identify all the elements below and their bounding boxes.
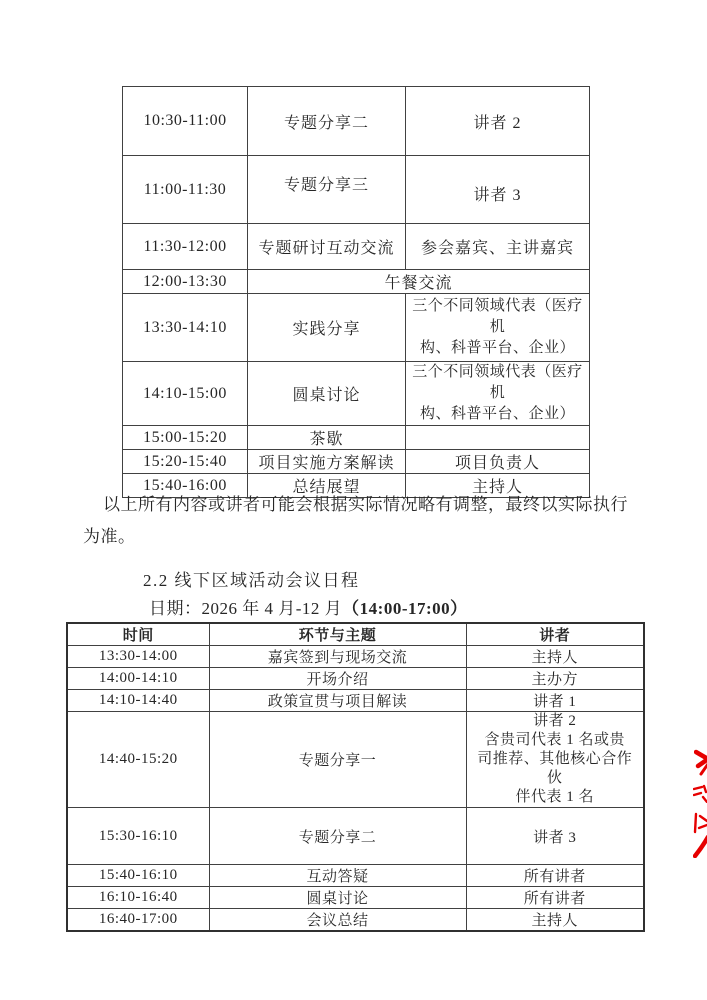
table-row: 16:40-17:00 会议总结 主持人 — [67, 909, 644, 932]
adjustment-note: 以上所有内容或讲者可能会根据实际情况略有调整，最终以实际执行 为准。 — [83, 489, 628, 553]
header-topic: 环节与主题 — [209, 623, 466, 646]
cell-speaker: 讲者 2 含贵司代表 1 名或贵 司推荐、其他核心合作伙 伴代表 1 名 — [466, 712, 644, 808]
header-time: 时间 — [67, 623, 209, 646]
cell-time: 16:10-16:40 — [67, 887, 209, 909]
table-row: 11:30-12:00 专题研讨互动交流 参会嘉宾、主讲嘉宾 — [123, 224, 590, 270]
cell-topic: 实践分享 — [248, 294, 406, 362]
cell-time: 15:20-15:40 — [123, 450, 248, 474]
cell-speaker: 三个不同领域代表（医疗机 构、科普平台、企业） — [406, 294, 590, 362]
red-annotation-mark-icon — [694, 747, 707, 776]
cell-line: 伴代表 1 名 — [471, 788, 640, 807]
cell-topic: 政策宣贯与项目解读 — [209, 690, 466, 712]
cell-time: 14:10-15:00 — [123, 362, 248, 426]
cell-time: 12:00-13:30 — [123, 270, 248, 294]
table-header-row: 时间 环节与主题 讲者 — [67, 623, 644, 646]
cell-speaker: 主办方 — [466, 668, 644, 690]
cell-time: 16:40-17:00 — [67, 909, 209, 932]
cell-time: 15:30-16:10 — [67, 808, 209, 865]
table-row: 13:30-14:10 实践分享 三个不同领域代表（医疗机 构、科普平台、企业） — [123, 294, 590, 362]
cell-speaker: 讲者 3 — [466, 808, 644, 865]
cell-speaker: 所有讲者 — [466, 865, 644, 887]
cell-speaker: 讲者 2 — [406, 87, 590, 156]
table-row: 15:40-16:10 互动答疑 所有讲者 — [67, 865, 644, 887]
cell-time: 11:30-12:00 — [123, 224, 248, 270]
cell-topic: 圆桌讨论 — [209, 887, 466, 909]
cell-time: 13:30-14:10 — [123, 294, 248, 362]
cell-topic: 专题研讨互动交流 — [248, 224, 406, 270]
date-time-range: （14:00-17:00） — [342, 599, 467, 618]
table-row: 16:10-16:40 圆桌讨论 所有讲者 — [67, 887, 644, 909]
header-speaker: 讲者 — [466, 623, 644, 646]
cell-topic: 专题分享一 — [209, 712, 466, 808]
cell-speaker: 主持人 — [466, 646, 644, 668]
cell-topic: 开场介绍 — [209, 668, 466, 690]
cell-speaker: 所有讲者 — [466, 887, 644, 909]
cell-topic: 会议总结 — [209, 909, 466, 932]
cell-topic: 项目实施方案解读 — [248, 450, 406, 474]
table-row: 14:10-14:40 政策宣贯与项目解读 讲者 1 — [67, 690, 644, 712]
cell-topic: 茶歇 — [248, 426, 406, 450]
cell-topic: 互动答疑 — [209, 865, 466, 887]
regional-agenda-table: 时间 环节与主题 讲者 13:30-14:00 嘉宾签到与现场交流 主持人 14… — [66, 622, 645, 932]
cell-topic: 嘉宾签到与现场交流 — [209, 646, 466, 668]
red-annotation-mark-icon — [693, 784, 707, 803]
cell-time: 15:40-16:10 — [67, 865, 209, 887]
date-line: 日期：2026 年 4 月-12 月（14:00-17:00） — [149, 594, 468, 619]
cell-topic: 专题分享二 — [209, 808, 466, 865]
cell-line: 三个不同领域代表（医疗机 — [410, 296, 585, 338]
cell-line: 讲者 2 — [471, 712, 640, 731]
table-row: 11:00-11:30 专题分享三 讲者 3 — [123, 156, 590, 224]
cell-time: 13:30-14:00 — [67, 646, 209, 668]
table-row: 14:10-15:00 圆桌讨论 三个不同领域代表（医疗机 构、科普平台、企业） — [123, 362, 590, 426]
cell-topic: 专题分享二 — [248, 87, 406, 156]
document-page: 10:30-11:00 专题分享二 讲者 2 11:00-11:30 专题分享三… — [0, 0, 707, 1000]
cell-topic: 圆桌讨论 — [248, 362, 406, 426]
cell-line: 三个不同领域代表（医疗机 — [410, 362, 585, 404]
cell-speaker: 参会嘉宾、主讲嘉宾 — [406, 224, 590, 270]
cell-time: 10:30-11:00 — [123, 87, 248, 156]
cell-time: 14:40-15:20 — [67, 712, 209, 808]
cell-line: 构、科普平台、企业） — [410, 338, 585, 359]
table-row: 15:30-16:10 专题分享二 讲者 3 — [67, 808, 644, 865]
cell-speaker: 讲者 1 — [466, 690, 644, 712]
red-annotation-mark-icon — [693, 835, 707, 858]
cell-speaker: 讲者 3 — [406, 156, 590, 224]
table-row: 12:00-13:30 午餐交流 — [123, 270, 590, 294]
cell-speaker: 三个不同领域代表（医疗机 构、科普平台、企业） — [406, 362, 590, 426]
cell-speaker: 项目负责人 — [406, 450, 590, 474]
cell-line: 含贵司代表 1 名或贵 — [471, 731, 640, 750]
table-row: 15:00-15:20 茶歇 — [123, 426, 590, 450]
section-heading: 2.2 线下区域活动会议日程 — [143, 566, 360, 591]
cell-line: 构、科普平台、企业） — [410, 404, 585, 425]
date-prefix: 日期：2026 年 4 月-12 月 — [149, 599, 342, 618]
cell-time: 14:10-14:40 — [67, 690, 209, 712]
table-row: 13:30-14:00 嘉宾签到与现场交流 主持人 — [67, 646, 644, 668]
table-row: 10:30-11:00 专题分享二 讲者 2 — [123, 87, 590, 156]
table-row: 14:00-14:10 开场介绍 主办方 — [67, 668, 644, 690]
cell-topic-merged: 午餐交流 — [248, 270, 590, 294]
cell-speaker — [406, 426, 590, 450]
table-row: 15:20-15:40 项目实施方案解读 项目负责人 — [123, 450, 590, 474]
red-annotation-mark-icon — [692, 812, 707, 834]
morning-agenda-table: 10:30-11:00 专题分享二 讲者 2 11:00-11:30 专题分享三… — [122, 86, 590, 498]
cell-line: 司推荐、其他核心合作伙 — [471, 750, 640, 788]
cell-speaker: 主持人 — [466, 909, 644, 932]
cell-topic: 专题分享三 — [248, 156, 406, 224]
note-line: 为准。 — [83, 521, 628, 553]
note-line: 以上所有内容或讲者可能会根据实际情况略有调整，最终以实际执行 — [83, 489, 628, 521]
cell-time: 11:00-11:30 — [123, 156, 248, 224]
cell-time: 14:00-14:10 — [67, 668, 209, 690]
cell-time: 15:00-15:20 — [123, 426, 248, 450]
table-row: 14:40-15:20 专题分享一 讲者 2 含贵司代表 1 名或贵 司推荐、其… — [67, 712, 644, 808]
